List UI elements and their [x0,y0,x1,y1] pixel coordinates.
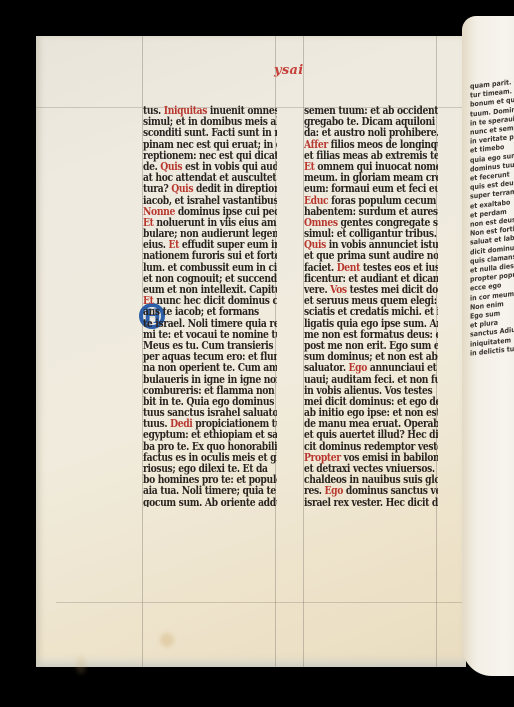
facing-page: quam parit. et vnigitur timeam. CXLbonum… [462,0,514,707]
text-line: israel rex vester. Hec dicit dominus qui [304,496,438,507]
facing-page-text: quam parit. et vnigitur timeam. CXLbonum… [470,77,514,527]
manuscript-leaf: ysai H tus. Iniquitas inuenit omnessimul… [36,36,466,667]
parchment-stain [76,656,86,674]
text-line: gocum sum. Ab oriente adducam [143,496,277,507]
running-head: ysai [274,63,303,78]
text-column-left: tus. Iniquitas inuenit omnessimul; et in… [143,104,277,507]
parchment-stain [160,633,174,647]
ruling-line [56,602,466,603]
text-column-right: semen tuum: et ab occidente congregabo t… [304,104,438,507]
